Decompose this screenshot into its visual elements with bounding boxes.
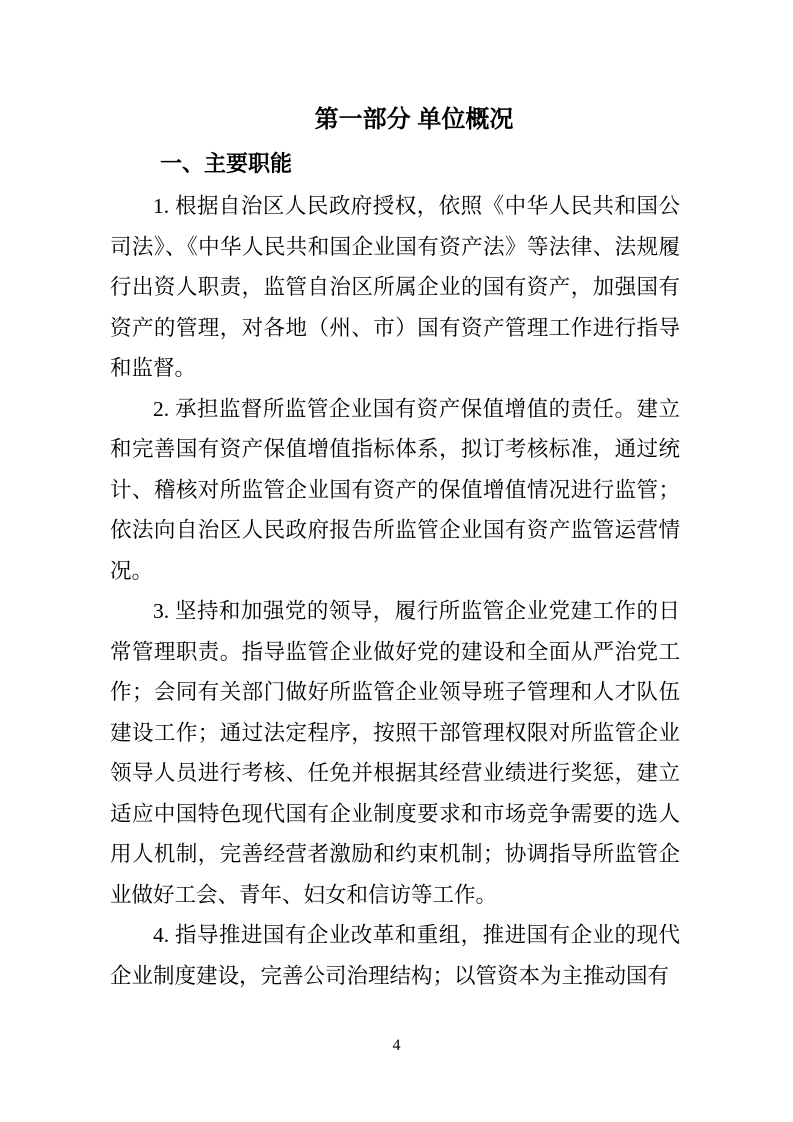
paragraph-duty-3: 3. 坚持和加强党的领导，履行所监管企业党建工作的日常管理职责。指导监管企业做好… (110, 591, 680, 915)
paragraph-duty-1: 1. 根据自治区人民政府授权，依照《中华人民共和国公司法》、《中华人民共和国企业… (110, 186, 680, 389)
page-number: 4 (0, 1036, 793, 1056)
body-text: 1. 根据自治区人民政府授权，依照《中华人民共和国公司法》、《中华人民共和国企业… (110, 186, 680, 996)
paragraph-duty-4: 4. 指导推进国有企业改革和重组，推进国有企业的现代企业制度建设，完善公司治理结… (110, 915, 680, 996)
page-content: 第一部分 单位概况 一、主要职能 1. 根据自治区人民政府授权，依照《中华人民共… (110, 0, 680, 996)
section-heading-main-duties: 一、主要职能 (110, 146, 680, 182)
document-title: 第一部分 单位概况 (129, 102, 699, 138)
paragraph-duty-2: 2. 承担监督所监管企业国有资产保值增值的责任。建立和完善国有资产保值增值指标体… (110, 389, 680, 592)
document-page: 第一部分 单位概况 一、主要职能 1. 根据自治区人民政府授权，依照《中华人民共… (0, 0, 793, 1122)
